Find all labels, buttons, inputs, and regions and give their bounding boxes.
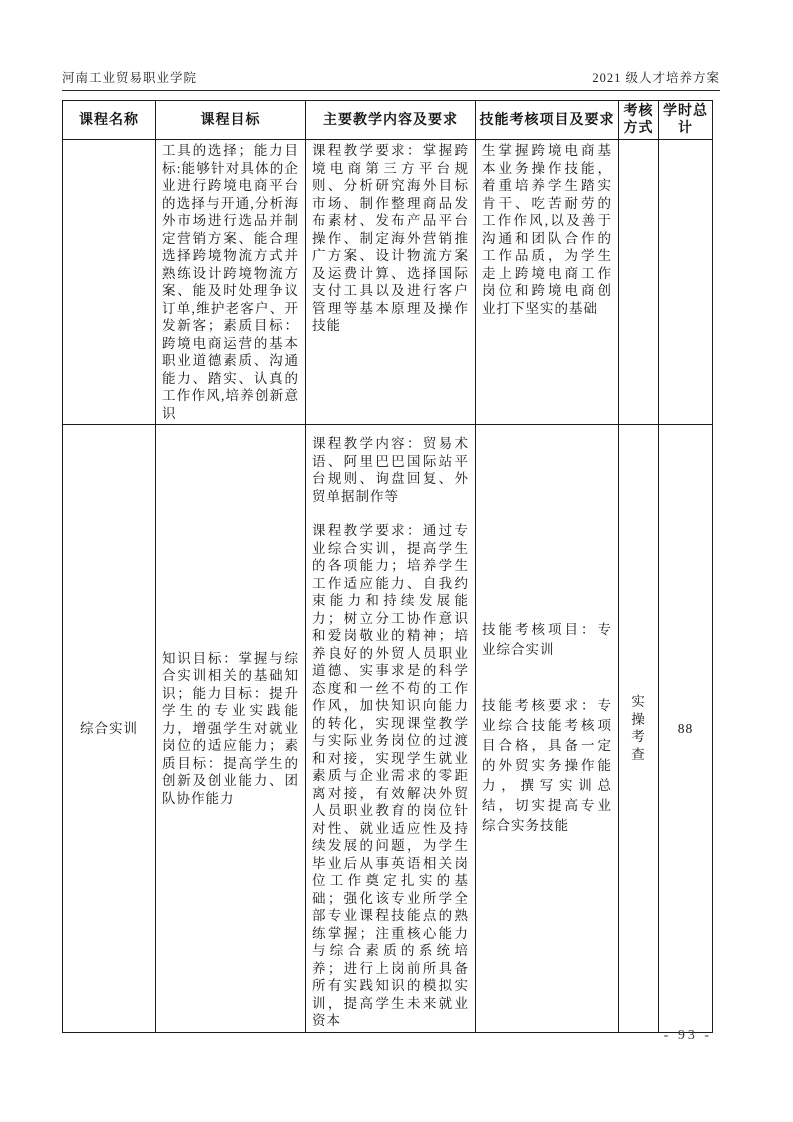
skill-assessment-project-text: 技能考核项目：专业综合实训: [482, 620, 612, 660]
header-program-title: 2021 级人才培养方案: [592, 68, 720, 86]
col-header-total-hours: 学时总计: [659, 101, 713, 140]
col-header-teaching-content: 主要教学内容及要求: [306, 101, 476, 140]
course-objectives-text: 工具的选择；能力目标:能够针对具体的企业进行跨境电商平台的选择与开通,分析海外市…: [162, 142, 299, 422]
total-hours-value: 88: [678, 721, 694, 736]
col-header-skill-assessment: 技能考核项目及要求: [476, 101, 619, 140]
teaching-requirements-text: 课程教学要求：掌握跨境电商第三方平台规则、分析研究海外目标市场、制作整理商品发布…: [312, 142, 469, 335]
skill-assessment-requirements-text: 技能考核要求：专业综合技能考核项目合格，具备一定的外贸实务操作能力，撰写实训总结…: [482, 696, 612, 836]
total-hours-cell: 88: [659, 425, 713, 1033]
total-hours-cell-empty: [659, 140, 713, 425]
table-row-comprehensive-training: 综合实训 知识目标：掌握与综合实训相关的基础知识；能力目标：提升学生的专业实践能…: [63, 425, 713, 1033]
teaching-content-cell: 课程教学要求：掌握跨境电商第三方平台规则、分析研究海外目标市场、制作整理商品发布…: [306, 140, 476, 425]
assessment-method-text: 实操考查: [631, 694, 646, 762]
course-name-cell-empty: [63, 140, 156, 425]
header-school-name: 河南工业贸易职业学院: [62, 68, 197, 86]
col-header-assessment-method: 考核方式: [619, 101, 659, 140]
assessment-method-cell: 实操考查: [619, 425, 659, 1033]
assessment-method-cell-empty: [619, 140, 659, 425]
curriculum-table: 课程名称 课程目标 主要教学内容及要求 技能考核项目及要求 考核方式 学时总计 …: [62, 100, 713, 1033]
course-objectives-cell: 知识目标：掌握与综合实训相关的基础知识；能力目标：提升学生的专业实践能力，增强学…: [156, 425, 306, 1033]
table-row-continued: 工具的选择；能力目标:能够针对具体的企业进行跨境电商平台的选择与开通,分析海外市…: [63, 140, 713, 425]
skill-assessment-cell: 生掌握跨境电商基本业务操作技能，着重培养学生踏实肯干、吃苦耐劳的工作作风,以及善…: [476, 140, 619, 425]
teaching-content-text: 课程教学内容：贸易术语、阿里巴巴国际站平台规则、询盘回复、外贸单据制作等: [312, 435, 469, 505]
course-name-text: 综合实训: [80, 721, 138, 736]
teaching-content-cell: 课程教学内容：贸易术语、阿里巴巴国际站平台规则、询盘回复、外贸单据制作等 课程教…: [306, 425, 476, 1033]
col-header-course-name: 课程名称: [63, 101, 156, 140]
page-number: - 93 -: [62, 1028, 712, 1044]
skill-assessment-text: 生掌握跨境电商基本业务操作技能，着重培养学生踏实肯干、吃苦耐劳的工作作风,以及善…: [482, 142, 612, 317]
skill-assessment-cell: 技能考核项目：专业综合实训 技能考核要求：专业综合技能考核项目合格，具备一定的外…: [476, 425, 619, 1033]
teaching-requirements-text: 课程教学要求：通过专业综合实训，提高学生的各项能力；培养学生工作适应能力、自我约…: [312, 522, 469, 1030]
course-objectives-cell: 工具的选择；能力目标:能够针对具体的企业进行跨境电商平台的选择与开通,分析海外市…: [156, 140, 306, 425]
running-header: 河南工业贸易职业学院 2021 级人才培养方案: [62, 68, 720, 91]
document-page: 河南工业贸易职业学院 2021 级人才培养方案 课程名称 课程目标 主要教学内容…: [0, 0, 793, 1122]
col-header-course-objectives: 课程目标: [156, 101, 306, 140]
course-name-cell: 综合实训: [63, 425, 156, 1033]
table-header-row: 课程名称 课程目标 主要教学内容及要求 技能考核项目及要求 考核方式 学时总计: [63, 101, 713, 140]
course-objectives-text: 知识目标：掌握与综合实训相关的基础知识；能力目标：提升学生的专业实践能力，增强学…: [162, 650, 299, 808]
